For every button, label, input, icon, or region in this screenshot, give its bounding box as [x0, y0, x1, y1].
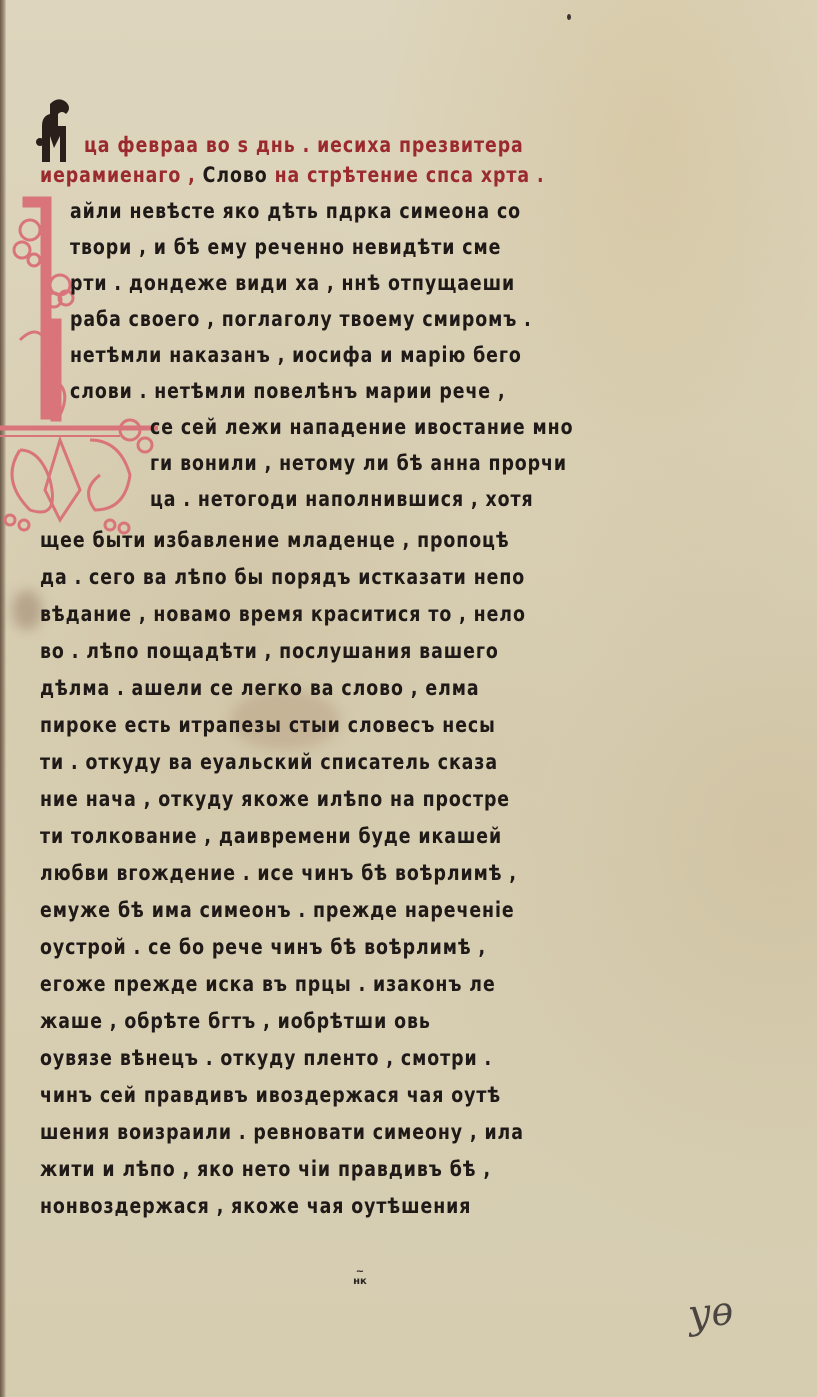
body-line: ца . нетогоди наполнившися , хотя — [150, 484, 534, 514]
body-line: егоже прежде иска въ прцы . изаконъ ле — [40, 969, 496, 999]
body-line: щее быти избавление младенце , пропоцѣ — [40, 525, 510, 555]
body-line: чинъ сей правдивъ ивоздержася чая оутѣ — [40, 1080, 501, 1110]
body-line: шения воизраили . ревновати симеону , ил… — [40, 1117, 524, 1147]
body-line: жити и лѣпо , яко нето чіи правдивъ бѣ , — [40, 1154, 491, 1184]
body-line: рти . дондеже види ха , ннѣ отпущаеши — [70, 268, 515, 298]
body-line: нонвоздержася , якоже чая оутѣшения — [40, 1191, 471, 1221]
body-line: дѣлма . ашели се легко ва слово , елма — [40, 673, 480, 703]
folio-number: уѳ — [686, 1288, 736, 1338]
body-line: твори , и бѣ ему реченно невидѣти сме — [70, 232, 501, 262]
body-line: ги вонили , нетому ли бѣ анна прорчи — [150, 448, 567, 478]
manuscript-page: ца февраа во ѕ днь . иесиха презвитера и… — [0, 0, 817, 1397]
body-line: нетѣмли наказанъ , иосифа и марію бего — [70, 340, 522, 370]
heading-line-2: иерамиенаго , Слово на стрѣтение спса хр… — [40, 160, 544, 190]
heading-line-1: ца февраа во ѕ днь . иесиха презвитера — [84, 130, 524, 160]
body-line: слови . нетѣмли повелѣнъ марии рече , — [70, 376, 506, 406]
signature-mark: ~ нк — [350, 1268, 370, 1287]
body-line: вѣдание , новамо время краситися то , не… — [40, 599, 526, 629]
body-line: ти толкование , даивремени буде икашей — [40, 821, 502, 851]
body-line: ти . откуду ва еуальский списатель сказа — [40, 747, 498, 777]
body-line: оустрой . се бо рече чинъ бѣ воѣрлимѣ , — [40, 932, 486, 962]
stain — [12, 590, 42, 630]
decorated-initial-m — [36, 96, 76, 164]
body-line: ние нача , откуду якоже илѣпо на простре — [40, 784, 510, 814]
body-line: любви вгождение . исе чинъ бѣ воѣрлимѣ , — [40, 858, 517, 888]
body-line: пироке есть итрапезы стыи словесъ несы — [40, 710, 496, 740]
body-line: жаше , обрѣте бгтъ , иобрѣтши овь — [40, 1006, 431, 1036]
body-line: емуже бѣ има симеонъ . прежде нареченіе — [40, 895, 515, 925]
body-line: оувязе вѣнецъ . откуду пленто , смотри . — [40, 1043, 492, 1073]
body-line: айли невѣсте яко дѣть пдрка симеона со — [70, 196, 521, 226]
body-line: да . сего ва лѣпо бы порядъ истказати не… — [40, 562, 525, 592]
body-line: се сей лежи нападение ивостание мно — [150, 412, 573, 442]
ink-speck — [567, 14, 571, 20]
titlo-mark: ~ — [350, 1268, 370, 1276]
body-line: во . лѣпо пощадѣти , послушания вашего — [40, 636, 499, 666]
body-line: раба своего , поглаголу твоему смиромъ . — [70, 304, 532, 334]
